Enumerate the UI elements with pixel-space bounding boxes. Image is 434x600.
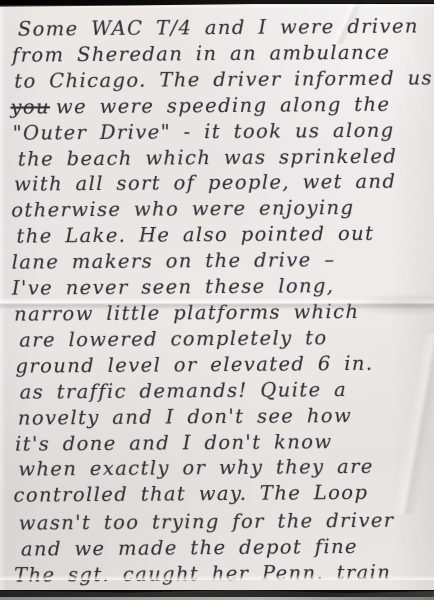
handwritten-line: as traffic demands! Quite a [20, 376, 431, 405]
handwritten-line: to Chicago. The driver informed us [14, 65, 428, 94]
handwritten-line: the beach which was sprinkeled [18, 143, 429, 172]
fold-crease-shadow [344, 292, 434, 318]
handwritten-line: lane makers on the drive – [12, 247, 430, 276]
handwritten-line: wasn't too trying for the driver [19, 508, 432, 537]
handwritten-line: The sgt. caught her Penn. train [14, 559, 432, 588]
handwritten-line: and we made the depot fine [21, 533, 432, 562]
scanned-letter-photo: Some WAC T/4 and I were driven from Sher… [0, 0, 434, 600]
struck-word: you [10, 95, 50, 118]
handwritten-line: youwe were speeding along the [10, 91, 428, 120]
handwritten-line: when exactly or why they are [18, 454, 431, 483]
handwritten-line: are lowered completely to [19, 324, 430, 353]
handwritten-line-text: we were speeding along the [56, 92, 391, 118]
handwritten-line: the Lake. He also pointed out [16, 221, 429, 250]
handwritten-line: from Sheredan in an ambulance [12, 39, 428, 68]
handwritten-line: novelty and I don't see how [18, 402, 431, 431]
handwritten-line: controlled that way. The Loop [13, 480, 431, 509]
handwritten-line: ground level or elevated 6 in. [15, 350, 430, 379]
handwritten-line: Some WAC T/4 and I were driven [18, 13, 428, 42]
handwritten-line: "Outer Drive" - it took us along [13, 117, 429, 146]
paper-bottom-edge [0, 575, 434, 580]
handwritten-line: it's done and I don't know [15, 428, 431, 457]
handwritten-line: with all sort of people, wet and [14, 169, 429, 198]
handwritten-line: otherwise who were enjoying [11, 195, 429, 224]
letter-page: Some WAC T/4 and I were driven from Sher… [0, 4, 434, 590]
